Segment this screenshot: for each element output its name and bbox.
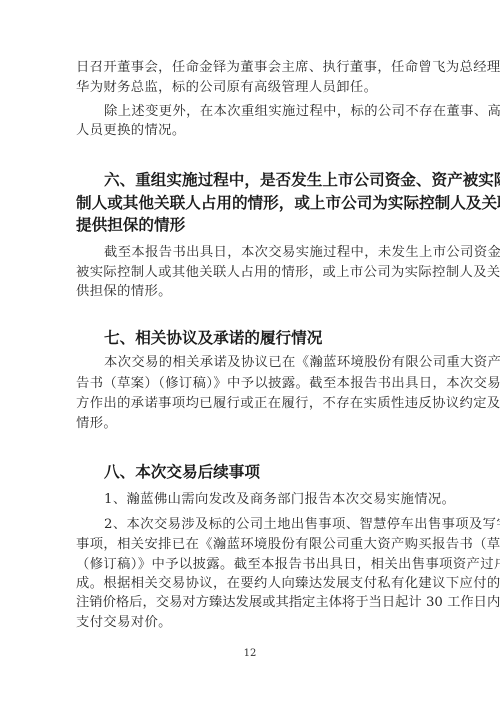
body-text-line: 供担保的情形。 — [76, 284, 425, 300]
body-text-line: 支付交易对价。 — [76, 615, 425, 631]
body-text-line: 告书（草案）（修订稿）》中予以披露。截至本报告书出具日，本次交易相关 — [76, 376, 425, 392]
body-text-line: 人员更换的情况。 — [76, 123, 425, 139]
body-text-line: 被实际控制人或其他关联人占用的情形，或上市公司为实际控制人及关联人提 — [76, 265, 425, 281]
body-text-line: 华为财务总监，标的公司原有高级管理人员卸任。 — [76, 80, 425, 96]
body-text-line: 截至本报告书出具日，本次交易实施过程中，未发生上市公司资金、资产 — [104, 245, 425, 261]
body-text-line: 本次交易的相关承诺及协议已在《瀚蓝环境股份有限公司重大资产购买报 — [104, 355, 425, 371]
page-number: 12 — [0, 648, 500, 659]
body-text-line: 除上述变更外，在本次重组实施过程中，标的公司不存在董事、高级管理 — [104, 104, 425, 120]
body-text-line: （修订稿）》中予以披露。截至本报告书出具日，相关出售事项资产过户已完 — [76, 557, 425, 573]
section-6-heading: 提供担保的情形 — [76, 216, 425, 234]
body-text-line: 成。根据相关交易协议，在要约人向臻达发展支付私有化建议下应付的第一笔 — [76, 576, 425, 592]
section-7-heading: 七、相关协议及承诺的履行情况 — [104, 329, 453, 347]
document-page: 日召开董事会，任命金铎为董事会主席、执行董事，任命曾飞为总经理，王天 华为财务总… — [0, 0, 500, 707]
body-text-line: 注销价格后，交易对方臻达发展或其指定主体将于当日起计 30 工作日内以现金 — [76, 595, 425, 611]
section-8-heading: 八、本次交易后续事项 — [104, 463, 453, 481]
section-6-heading: 制人或其他关联人占用的情形，或上市公司为实际控制人及关联人 — [76, 194, 425, 212]
body-text-line: 情形。 — [76, 416, 425, 432]
section-6-heading: 六、重组实施过程中，是否发生上市公司资金、资产被实际控 — [104, 171, 425, 189]
list-item: 2、本次交易涉及标的公司土地出售事项、智慧停车出售事项及写字楼出售 — [104, 517, 425, 533]
body-text-line: 事项，相关安排已在《瀚蓝环境股份有限公司重大资产购买报告书（草案） — [76, 537, 425, 553]
list-item: 1、瀚蓝佛山需向发改及商务部门报告本次交易实施情况。 — [104, 492, 425, 508]
body-text-line: 方作出的承诺事项均已履行或正在履行，不存在实质性违反协议约定及承诺的 — [76, 396, 425, 412]
body-text-line: 日召开董事会，任命金铎为董事会主席、执行董事，任命曾飞为总经理，王天 — [76, 60, 425, 76]
